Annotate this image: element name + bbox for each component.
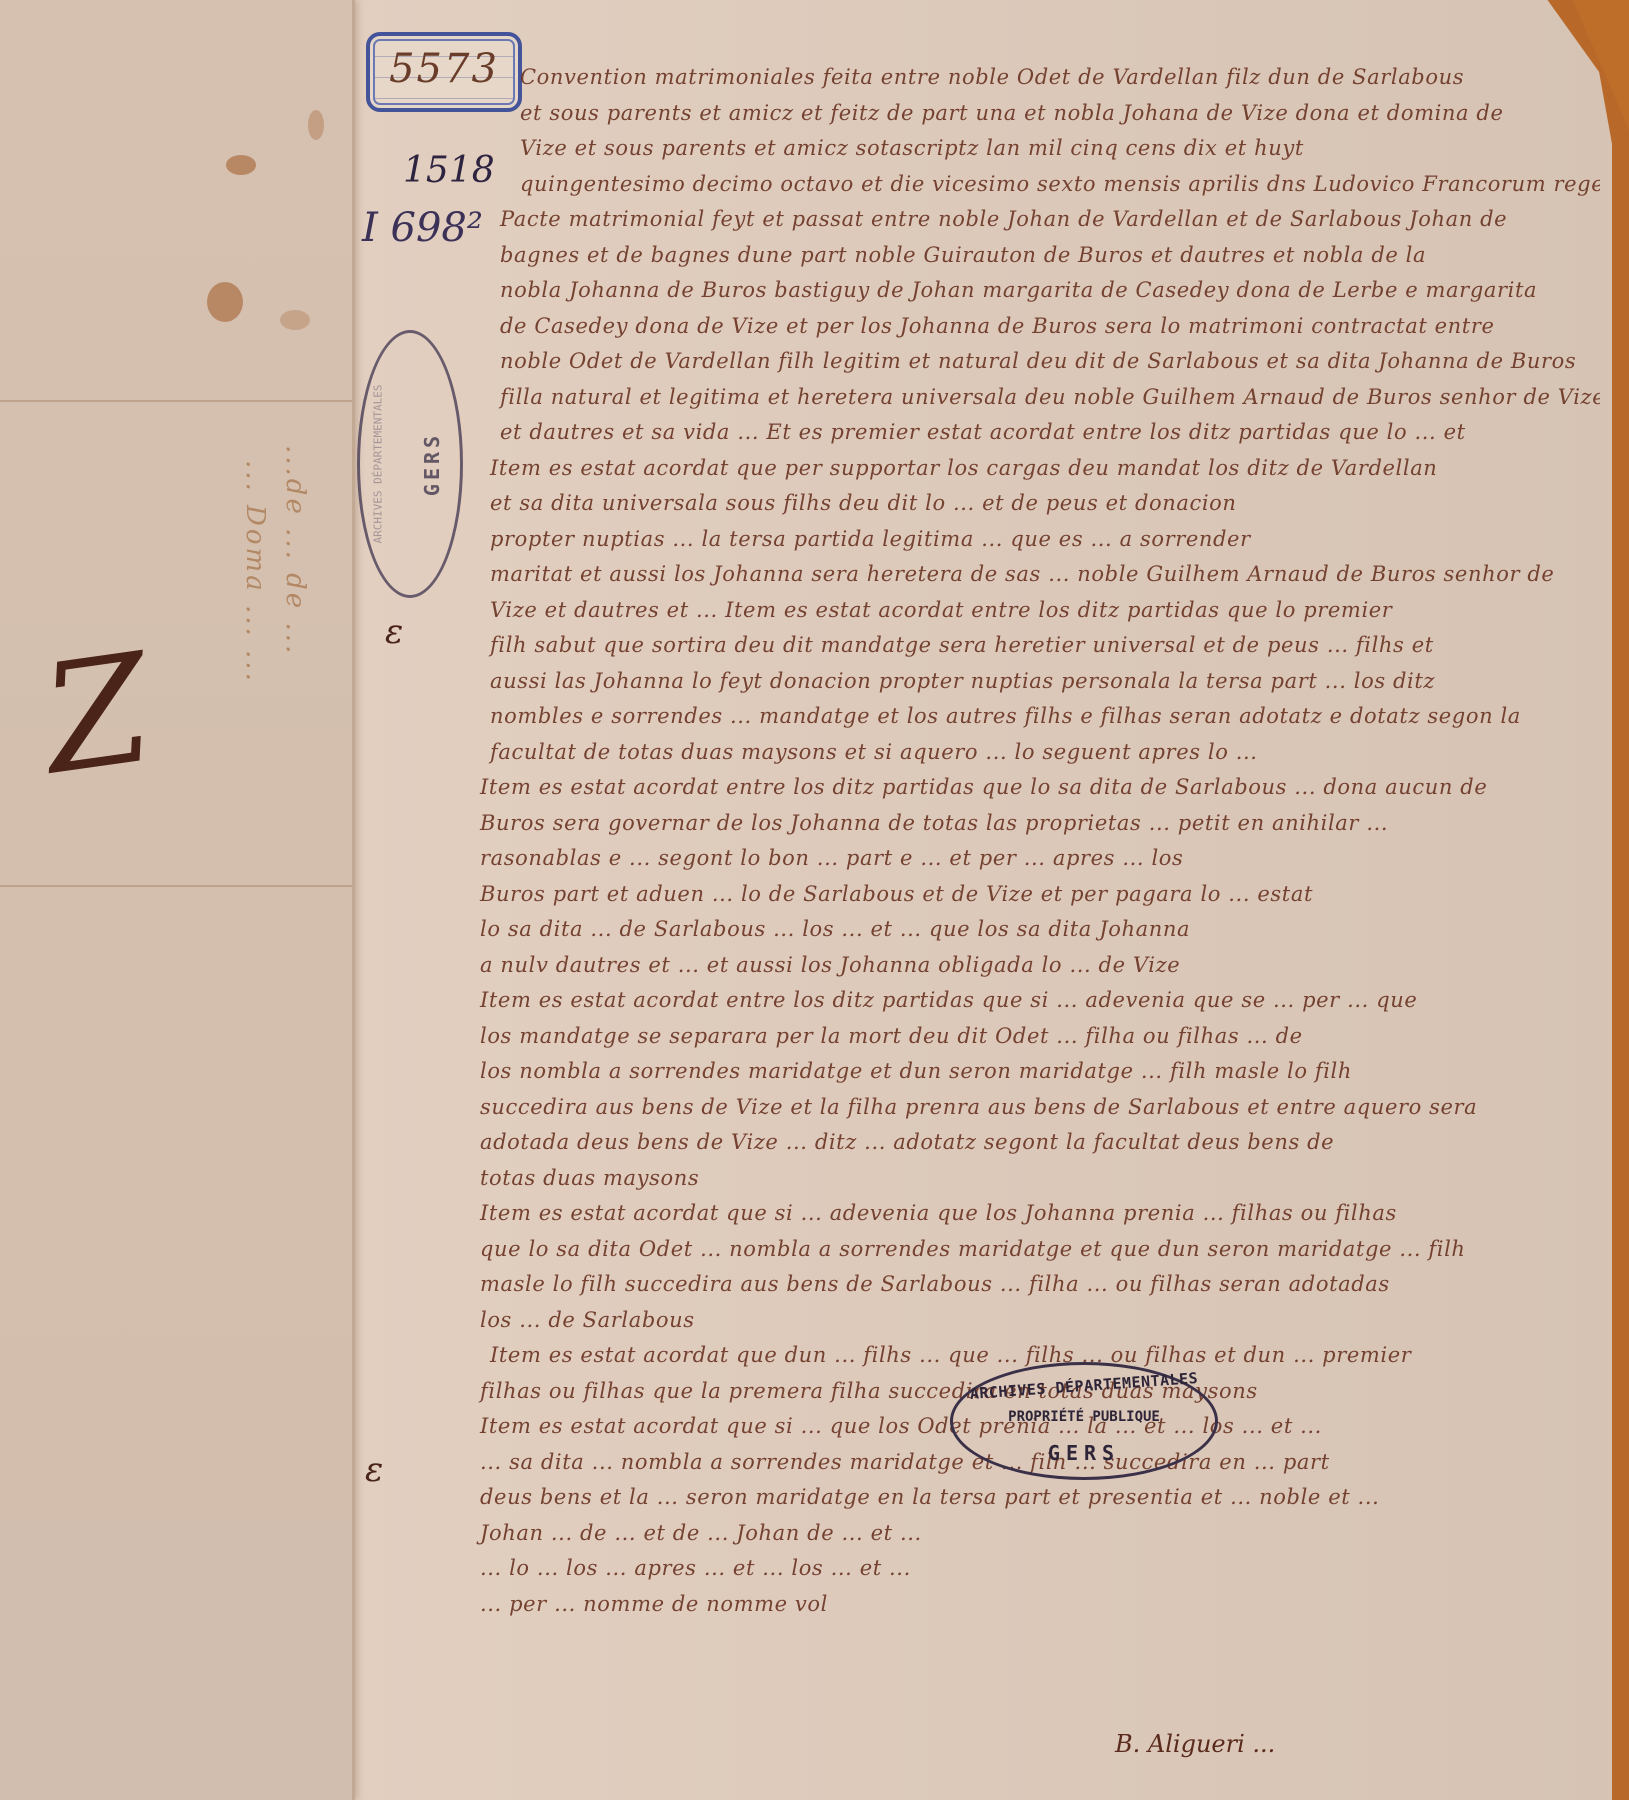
text-line: Vize et sous parents et amicz sotascript…	[470, 131, 1600, 167]
text-line: rasonablas e ... segont lo bon ... part …	[470, 841, 1600, 877]
fold-line	[0, 400, 352, 402]
large-z-mark: Z	[35, 633, 159, 796]
vertical-archive-stamp: ARCHIVES DÉPARTEMENTALES GERS	[357, 330, 463, 598]
text-line: Item es estat acordat que si ... adeveni…	[470, 1196, 1600, 1232]
margin-mark: ε	[385, 612, 403, 652]
text-line: ... lo ... los ... apres ... et ... los …	[470, 1551, 1600, 1587]
text-line: filla natural et legitima et heretera un…	[470, 380, 1600, 416]
left-folded-flap: Z ...de ... de ... ... Doma ... ...	[0, 0, 355, 1800]
text-line: Item es estat acordat que per supportar …	[470, 451, 1600, 487]
text-line: totas duas maysons	[470, 1161, 1600, 1197]
text-line: los nombla a sorrendes maridatge et dun …	[470, 1054, 1600, 1090]
text-line: bagnes et de bagnes dune part noble Guir…	[470, 238, 1600, 274]
fold-line	[0, 885, 352, 887]
faded-vertical-text: ... Doma ... ...	[240, 460, 270, 684]
text-line: quingentesimo decimo octavo et die vices…	[470, 167, 1600, 203]
text-line: nobla Johanna de Buros bastiguy de Johan…	[470, 273, 1600, 309]
stamp-faded-text: ARCHIVES DÉPARTEMENTALES	[372, 385, 385, 544]
text-line: et dautres et sa vida ... Et es premier …	[470, 415, 1600, 451]
text-line: los mandatge se separara per la mort deu…	[470, 1019, 1600, 1055]
faded-vertical-text: ...de ... de ...	[280, 445, 310, 656]
text-line: Buros part et aduen ... lo de Sarlabous …	[470, 877, 1600, 913]
signature: B. Aligueri ...	[1115, 1730, 1275, 1758]
text-line: et sa dita universala sous filhs deu dit…	[470, 486, 1600, 522]
text-line: Item es estat acordat entre los ditz par…	[470, 983, 1600, 1019]
text-line: los ... de Sarlabous	[470, 1303, 1600, 1339]
archives-stamp: ARCHIVES DÉPARTEMENTALES PROPRIÉTÉ PUBLI…	[950, 1362, 1218, 1480]
text-line: a nulv dautres et ... et aussi los Johan…	[470, 948, 1600, 984]
text-line: succedira aus bens de Vize et la filha p…	[470, 1090, 1600, 1126]
text-line: Pacte matrimonial feyt et passat entre n…	[470, 202, 1600, 238]
text-line: ... per ... nomme de nomme vol	[470, 1587, 1600, 1623]
text-line: masle lo filh succedira aus bens de Sarl…	[470, 1267, 1600, 1303]
text-line: Convention matrimoniales feita entre nob…	[470, 60, 1600, 96]
text-line: maritat et aussi los Johanna sera herete…	[470, 557, 1600, 593]
stamp-gers-text: GERS	[420, 432, 444, 496]
text-line: filh sabut que sortira deu dit mandatge …	[470, 628, 1600, 664]
text-line: aussi las Johanna lo feyt donacion propt…	[470, 664, 1600, 700]
text-line: propter nuptias ... la tersa partida leg…	[470, 522, 1600, 558]
stamp-line-propriete: PROPRIÉTÉ PUBLIQUE	[953, 1409, 1215, 1425]
text-line: adotada deus bens de Vize ... ditz ... a…	[470, 1125, 1600, 1161]
text-line: Vize et dautres et ... Item es estat aco…	[470, 593, 1600, 629]
text-line: deus bens et la ... seron maridatge en l…	[470, 1480, 1600, 1516]
ink-stain	[308, 110, 324, 140]
text-line: nombles e sorrendes ... mandatge et los …	[470, 699, 1600, 735]
text-line: lo sa dita ... de Sarlabous ... los ... …	[470, 912, 1600, 948]
text-line: Buros sera governar de los Johanna de to…	[470, 806, 1600, 842]
text-line: et sous parents et amicz et feitz de par…	[470, 96, 1600, 132]
ink-stain	[207, 282, 243, 322]
text-line: noble Odet de Vardellan filh legitim et …	[470, 344, 1600, 380]
reference-note: I 698²	[362, 205, 483, 251]
text-line: facultat de totas duas maysons et si aqu…	[470, 735, 1600, 771]
text-line: que lo sa dita Odet ... nombla a sorrend…	[470, 1232, 1600, 1268]
text-line: de Casedey dona de Vize et per los Johan…	[470, 309, 1600, 345]
text-line: Item es estat acordat entre los ditz par…	[470, 770, 1600, 806]
text-line: Johan ... de ... et de ... Johan de ... …	[470, 1516, 1600, 1552]
margin-mark: ε	[365, 1450, 383, 1490]
ink-stain	[280, 310, 310, 330]
stamp-line-gers: GERS	[953, 1441, 1215, 1465]
ink-stain	[226, 155, 256, 175]
